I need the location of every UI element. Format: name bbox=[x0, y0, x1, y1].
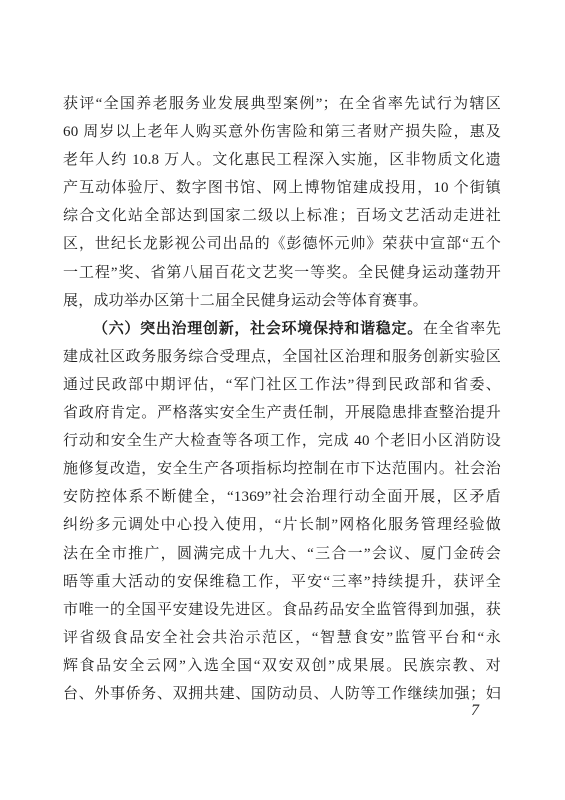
text-line: 建成社区政务服务综合受理点，全国社区治理和服务创新实验区 bbox=[63, 343, 501, 371]
text-line: 区，世纪长龙影视公司出品的《彭德怀元帅》荣获中宣部“五个 bbox=[63, 230, 501, 258]
text-line: 省政府肯定。严格落实安全生产责任制，开展隐患排查整治提升 bbox=[63, 399, 501, 427]
text-line: 评省级食品安全社会共治示范区，“智慧食安”监管平台和“永 bbox=[63, 624, 501, 652]
text-line: 一工程”奖、省第八届百花文艺奖一等奖。全民健身运动蓬勃开 bbox=[63, 259, 501, 287]
text-line: 施修复改造，安全生产各项指标均控制在市下达范围内。社会治 bbox=[63, 455, 501, 483]
section-heading: （六）突出治理创新，社会环境保持和谐稳定。 bbox=[93, 321, 423, 337]
text-line: 辉食品安全云网”入选全国“双安双创”成果展。民族宗教、对 bbox=[63, 652, 501, 680]
page-sheet: 获评“全国养老服务业发展典型案例”；在全省率先试行为辖区60 周岁以上老年人购买… bbox=[0, 0, 565, 800]
text-line: 展，成功举办区第十二届全民健身运动会等体育赛事。 bbox=[63, 287, 501, 315]
document-page: { "page": { "number": "7", "background":… bbox=[0, 0, 565, 800]
text-line: 市唯一的全国平安建设先进区。食品药品安全监管得到加强，获 bbox=[63, 596, 501, 624]
text-line: 安防控体系不断健全，“1369”社会治理行动全面开展，区矛盾 bbox=[63, 483, 501, 511]
text-line: 行动和安全生产大检查等各项工作，完成 40 个老旧小区消防设 bbox=[63, 427, 501, 455]
text-line: 60 周岁以上老年人购买意外伤害险和第三者财产损失险，惠及 bbox=[63, 118, 501, 146]
paragraph-heading-line: （六）突出治理创新，社会环境保持和谐稳定。在全省率先 bbox=[63, 315, 501, 343]
text-line: 法在全市推广，圆满完成十九大、“三合一”会议、厦门金砖会 bbox=[63, 540, 501, 568]
text-line: 综合文化站全部达到国家二级以上标准；百场文艺活动走进社 bbox=[63, 202, 501, 230]
text-block: 获评“全国养老服务业发展典型案例”；在全省率先试行为辖区60 周岁以上老年人购买… bbox=[63, 90, 501, 708]
text-line: 纠纷多元调处中心投入使用，“片长制”网格化服务管理经验做 bbox=[63, 511, 501, 539]
text-line: 产互动体验厅、数字图书馆、网上博物馆建成投用，10 个街镇 bbox=[63, 174, 501, 202]
text-line: 晤等重大活动的安保维稳工作，平安“三率”持续提升，获评全 bbox=[63, 568, 501, 596]
text-line: 通过民政部中期评估，“军门社区工作法”得到民政部和省委、 bbox=[63, 371, 501, 399]
text-line: 老年人约 10.8 万人。文化惠民工程深入实施，区非物质文化遗 bbox=[63, 146, 501, 174]
page-number: 7 bbox=[430, 701, 479, 721]
text-line: 获评“全国养老服务业发展典型案例”；在全省率先试行为辖区 bbox=[63, 90, 501, 118]
